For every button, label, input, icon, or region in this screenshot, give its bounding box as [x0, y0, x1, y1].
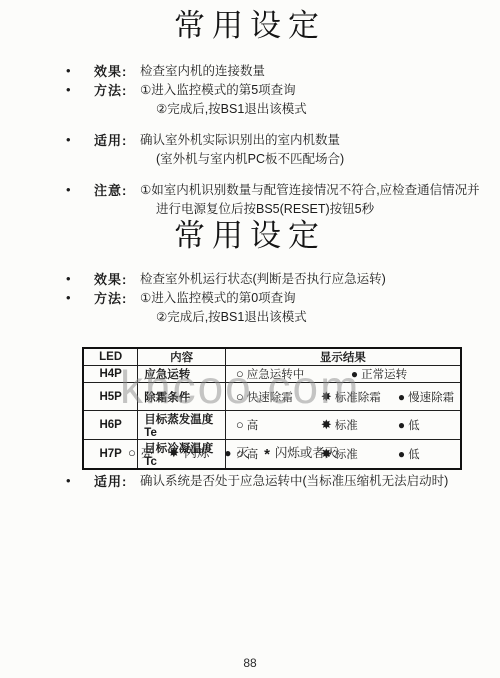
- legend-item: ✸闪烁: [168, 443, 209, 461]
- item-label: 效果:: [94, 270, 127, 289]
- result-text: 快速除霜: [247, 392, 293, 404]
- page-title-second: 常用设定: [0, 218, 500, 254]
- led-legend: ○亮 ✸闪烁 ●灭 *闪烁或者灭: [128, 443, 337, 461]
- section1-bullet-list: • 效果: 检查室内机的连接数量 • 方法: ①进入监控模式的第5项查询 ②完成…: [0, 62, 500, 219]
- item-line: ②完成后,按BS1退出该模式: [140, 100, 500, 119]
- led-off-icon: ●: [398, 390, 405, 404]
- led-id: H6P: [83, 411, 138, 440]
- table-row: H4P 应急运转 ○应急运转中 ●正常运转: [83, 366, 461, 383]
- legend-item: ○亮: [128, 443, 153, 461]
- bullet-icon: •: [66, 180, 71, 199]
- legend-text: 灭: [237, 446, 250, 460]
- led-on-icon: ○: [128, 445, 136, 460]
- result-item: ✸标准除霜: [321, 389, 381, 405]
- item-line: 检查室外机运行状态(判断是否执行应急运转): [140, 270, 500, 289]
- bullet-icon: •: [66, 269, 71, 288]
- item-label: 效果:: [94, 62, 127, 81]
- document-page: 常用设定 • 效果: 检查室内机的连接数量 • 方法: ①进入监控模式的第5项查…: [0, 0, 500, 678]
- led-blink-icon: ✸: [168, 445, 179, 460]
- result-item: ●低: [398, 446, 420, 462]
- led-results: ○高 ✸标准 ●低: [225, 411, 461, 440]
- bullet-icon: •: [66, 288, 71, 307]
- led-on-icon: ○: [236, 366, 244, 381]
- result-text: 应急运转中: [247, 369, 305, 381]
- item-line: 确认系统是否处于应急运转中(当标准压缩机无法启动时): [140, 472, 500, 491]
- list-item: • 效果: 检查室外机运行状态(判断是否执行应急运转): [0, 270, 500, 289]
- result-text: 标准: [335, 420, 358, 432]
- item-line: 确认室外机实际识别出的室内机数量: [140, 131, 500, 150]
- result-text: 慢速除霜: [408, 392, 454, 404]
- legend-item: ●灭: [224, 443, 249, 461]
- led-content: 目标蒸发温度Te: [138, 411, 226, 440]
- led-blink-or-off-icon: *: [264, 446, 270, 463]
- led-off-icon: ●: [398, 418, 405, 432]
- list-item: • 注意: ①如室内机识别数量与配管连接情况不符合,应检查通信情况并 进行电源复…: [0, 181, 500, 219]
- led-off-icon: ●: [351, 367, 358, 381]
- led-off-icon: ●: [224, 446, 231, 460]
- result-item: ●慢速除霜: [398, 389, 454, 405]
- result-text: 正常运转: [361, 369, 407, 381]
- result-item: ✸标准: [321, 417, 358, 433]
- legend-text: 闪烁或者灭: [275, 446, 338, 460]
- item-label: 注意:: [94, 181, 127, 200]
- result-text: 标准: [335, 449, 358, 461]
- item-label: 方法:: [94, 81, 127, 100]
- led-results: ○应急运转中 ●正常运转: [225, 366, 461, 383]
- section2-bullet-list: • 效果: 检查室外机运行状态(判断是否执行应急运转) • 方法: ①进入监控模…: [0, 270, 500, 327]
- list-item: • 适用: 确认系统是否处于应急运转中(当标准压缩机无法启动时): [0, 472, 500, 491]
- apply-note: • 适用: 确认系统是否处于应急运转中(当标准压缩机无法启动时): [0, 472, 500, 491]
- item-line: ①进入监控模式的第0项查询: [140, 289, 500, 308]
- result-item: ●正常运转: [351, 366, 407, 382]
- item-line: 检查室内机的连接数量: [140, 62, 500, 81]
- bullet-icon: •: [66, 61, 71, 80]
- led-on-icon: ○: [236, 389, 244, 404]
- bullet-icon: •: [66, 471, 71, 490]
- result-item: ○高: [236, 417, 258, 433]
- led-results: ○快速除霜 ✸标准除霜 ●慢速除霜: [225, 383, 461, 411]
- led-blink-icon: ✸: [321, 389, 332, 405]
- item-label: 方法:: [94, 289, 127, 308]
- led-id: H5P: [83, 383, 138, 411]
- led-on-icon: ○: [236, 417, 244, 432]
- led-content: 应急运转: [138, 366, 226, 383]
- item-label: 适用:: [94, 131, 127, 150]
- table-header-row: LED 内容 显示结果: [83, 348, 461, 366]
- led-blink-icon: ✸: [321, 417, 332, 433]
- result-text: 高: [247, 420, 259, 432]
- led-off-icon: ●: [398, 447, 405, 461]
- item-line: ②完成后,按BS1退出该模式: [140, 308, 500, 327]
- item-line: ①如室内机识别数量与配管连接情况不符合,应检查通信情况并: [140, 181, 500, 200]
- item-line: (室外机与室内机PC板不匹配场合): [140, 150, 500, 169]
- item-line: 进行电源复位后按BS5(RESET)按钮5秒: [140, 200, 500, 219]
- led-content: 除霜条件: [138, 383, 226, 411]
- legend-item: *闪烁或者灭: [264, 443, 337, 461]
- result-text: 低: [408, 449, 420, 461]
- result-item: ○快速除霜: [236, 389, 293, 405]
- list-item: • 方法: ①进入监控模式的第5项查询 ②完成后,按BS1退出该模式: [0, 81, 500, 119]
- legend-text: 亮: [141, 446, 154, 460]
- item-line: ①进入监控模式的第5项查询: [140, 81, 500, 100]
- result-item: ●低: [398, 417, 420, 433]
- led-id: H4P: [83, 366, 138, 383]
- legend-text: 闪烁: [184, 446, 209, 460]
- item-label: 适用:: [94, 472, 127, 491]
- list-item: • 适用: 确认室外机实际识别出的室内机数量 (室外机与室内机PC板不匹配场合): [0, 131, 500, 169]
- table-row: H5P 除霜条件 ○快速除霜 ✸标准除霜 ●慢速除霜: [83, 383, 461, 411]
- column-header-content: 内容: [138, 348, 226, 366]
- column-header-led: LED: [83, 348, 138, 366]
- list-item: • 效果: 检查室内机的连接数量: [0, 62, 500, 81]
- column-header-result: 显示结果: [225, 348, 461, 366]
- bullet-icon: •: [66, 130, 71, 149]
- bullet-icon: •: [66, 80, 71, 99]
- result-text: 标准除霜: [335, 392, 381, 404]
- result-text: 低: [408, 420, 420, 432]
- list-item: • 方法: ①进入监控模式的第0项查询 ②完成后,按BS1退出该模式: [0, 289, 500, 327]
- result-item: ○应急运转中: [236, 366, 304, 382]
- page-number: 88: [0, 656, 500, 670]
- page-title-first: 常用设定: [0, 8, 500, 44]
- table-row: H6P 目标蒸发温度Te ○高 ✸标准 ●低: [83, 411, 461, 440]
